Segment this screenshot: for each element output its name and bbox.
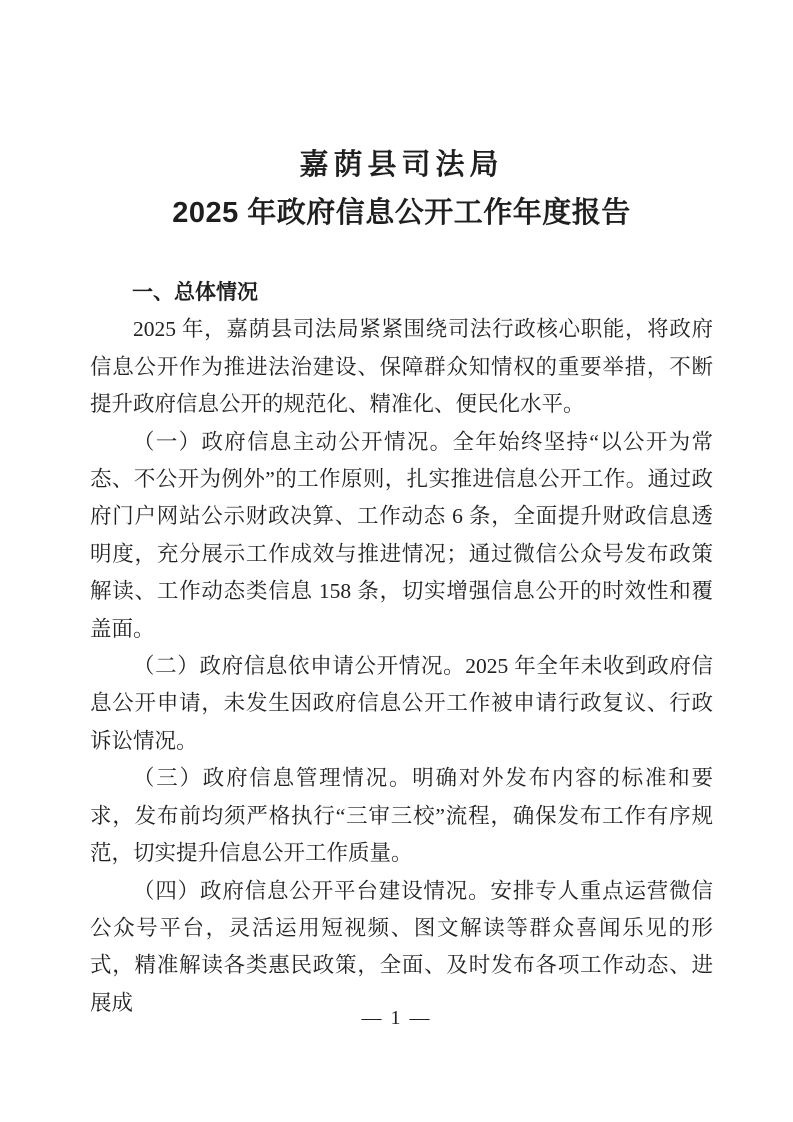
document-title-line1: 嘉荫县司法局 bbox=[90, 141, 713, 189]
document-content: 嘉荫县司法局 2025 年政府信息公开工作年度报告 一、总体情况 2025 年，… bbox=[90, 141, 713, 1022]
body-paragraph-proactive-disclosure: （一）政府信息主动公开情况。全年始终坚持“以公开为常态、不公开为例外”的工作原则… bbox=[90, 424, 713, 648]
body-paragraph-platform-construction: （四）政府信息公开平台建设情况。安排专人重点运营微信公众号平台，灵活运用短视频、… bbox=[90, 873, 713, 1023]
document-page: 嘉荫县司法局 2025 年政府信息公开工作年度报告 一、总体情况 2025 年，… bbox=[0, 0, 793, 1122]
page-number: — 1 — bbox=[0, 1003, 793, 1033]
section-heading-overview: 一、总体情况 bbox=[90, 274, 713, 311]
body-paragraph-disclosure-upon-request: （二）政府信息依申请公开情况。2025 年全年未收到政府信息公开申请，未发生因政… bbox=[90, 648, 713, 760]
document-title-line2: 2025 年政府信息公开工作年度报告 bbox=[90, 189, 713, 237]
document-body: 一、总体情况 2025 年，嘉荫县司法局紧紧围绕司法行政核心职能，将政府信息公开… bbox=[90, 274, 713, 1022]
body-paragraph-information-management: （三）政府信息管理情况。明确对外发布内容的标准和要求，发布前均须严格执行“三审三… bbox=[90, 760, 713, 872]
body-paragraph-intro: 2025 年，嘉荫县司法局紧紧围绕司法行政核心职能，将政府信息公开作为推进法治建… bbox=[90, 311, 713, 423]
